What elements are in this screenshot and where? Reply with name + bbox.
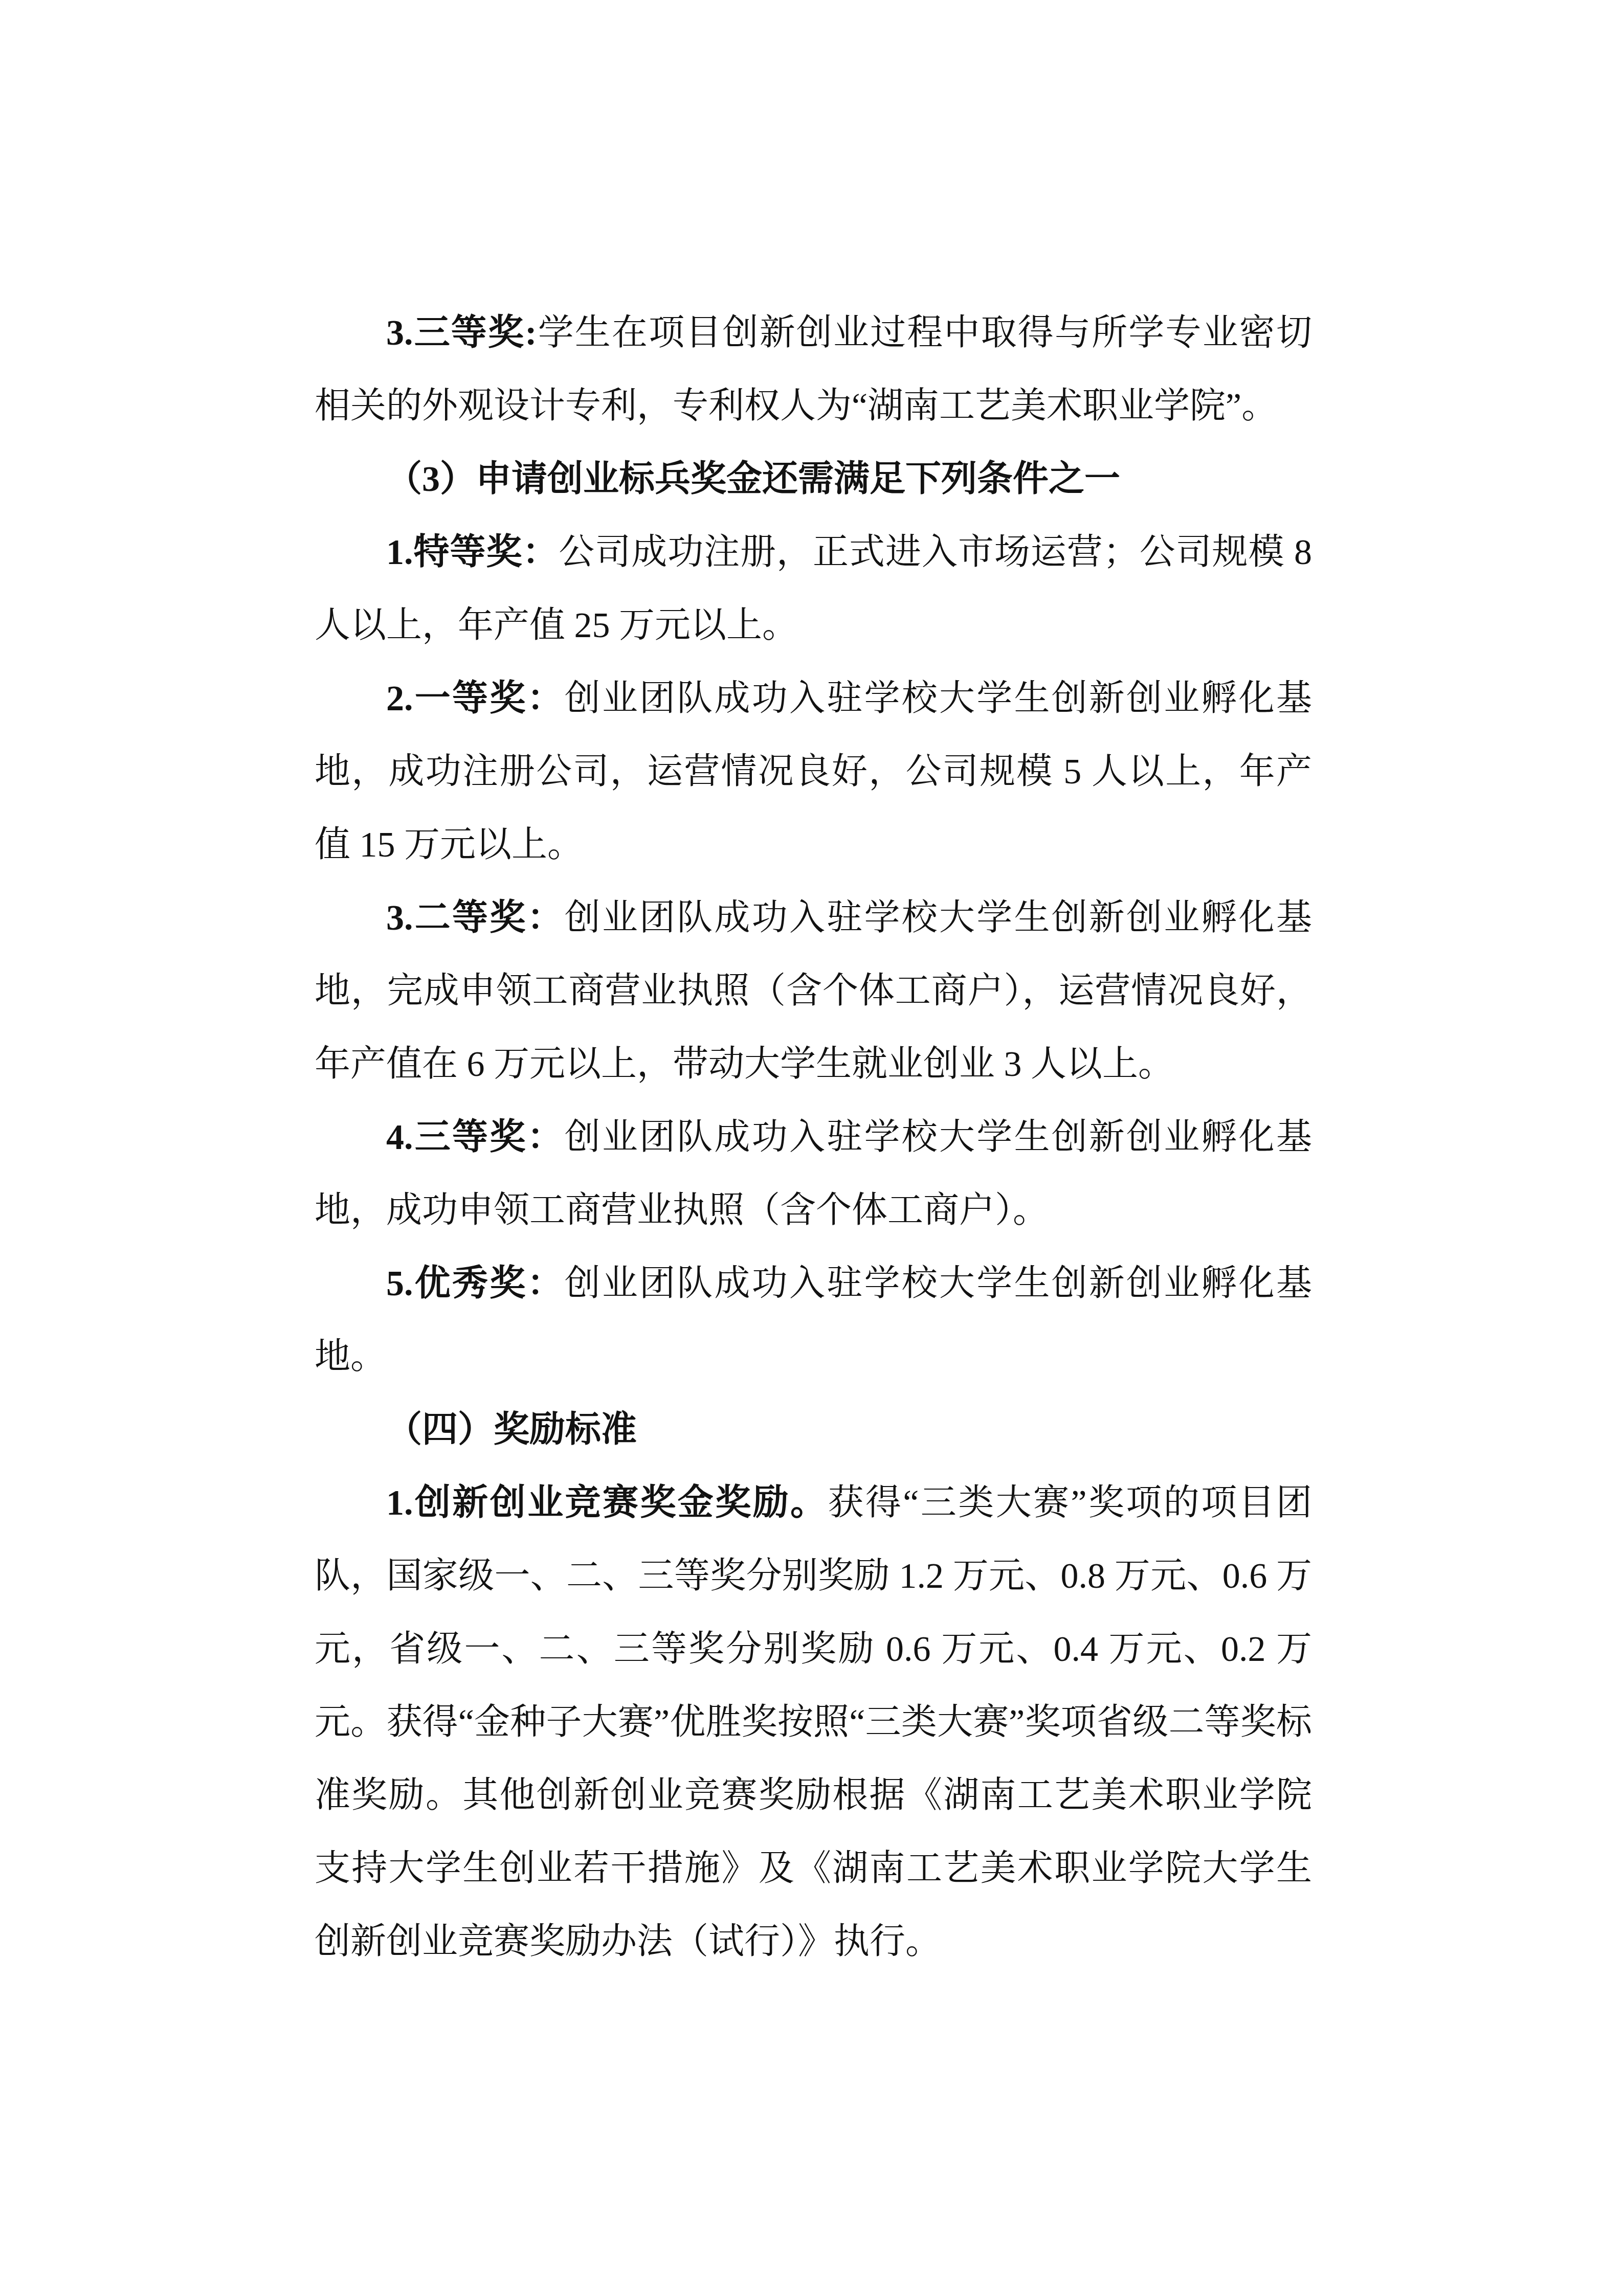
para-label: （四）奖励标准: [386, 1410, 637, 1450]
para-label: 5.优秀奖：: [386, 1264, 565, 1303]
para-label: 1.创新创业竞赛奖金奖励。: [386, 1483, 828, 1523]
para-label: （3）申请创业标兵奖金还需满足下列条件之一: [386, 460, 1120, 499]
heading-reward-standard: （四）奖励标准: [315, 1393, 1312, 1467]
para-third-prize-incubation: 4.三等奖：创业团队成功入驻学校大学生创新创业孵化基地，成功申领工商营业执照（含…: [315, 1101, 1312, 1247]
para-excellence-prize: 5.优秀奖：创业团队成功入驻学校大学生创新创业孵化基地。: [315, 1247, 1312, 1393]
para-first-prize: 2.一等奖：创业团队成功入驻学校大学生创新创业孵化基地，成功注册公司，运营情况良…: [315, 662, 1312, 882]
heading-pioneer-bonus-conditions: （3）申请创业标兵奖金还需满足下列条件之一: [315, 443, 1312, 516]
document-page: 3.三等奖:学生在项目创新创业过程中取得与所学专业密切相关的外观设计专利，专利权…: [0, 0, 1624, 2296]
para-label: 3.三等奖:: [386, 313, 537, 353]
document-text: 3.三等奖:学生在项目创新创业过程中取得与所学专业密切相关的外观设计专利，专利权…: [315, 297, 1312, 1978]
para-label: 1.特等奖：: [386, 533, 559, 572]
para-competition-bonus: 1.创新创业竞赛奖金奖励。获得“三类大赛”奖项的项目团队，国家级一、二、三等奖分…: [315, 1467, 1312, 1978]
para-third-prize-patent: 3.三等奖:学生在项目创新创业过程中取得与所学专业密切相关的外观设计专利，专利权…: [315, 297, 1312, 443]
para-label: 4.三等奖：: [386, 1118, 565, 1157]
para-special-prize: 1.特等奖：公司成功注册，正式进入市场运营；公司规模 8 人以上，年产值 25 …: [315, 516, 1312, 662]
para-label: 3.二等奖：: [386, 898, 565, 938]
para-second-prize: 3.二等奖：创业团队成功入驻学校大学生创新创业孵化基地，完成申领工商营业执照（含…: [315, 882, 1312, 1101]
para-body: 获得“三类大赛”奖项的项目团队，国家级一、二、三等奖分别奖励 1.2 万元、0.…: [315, 1483, 1312, 1962]
para-label: 2.一等奖：: [386, 679, 565, 718]
